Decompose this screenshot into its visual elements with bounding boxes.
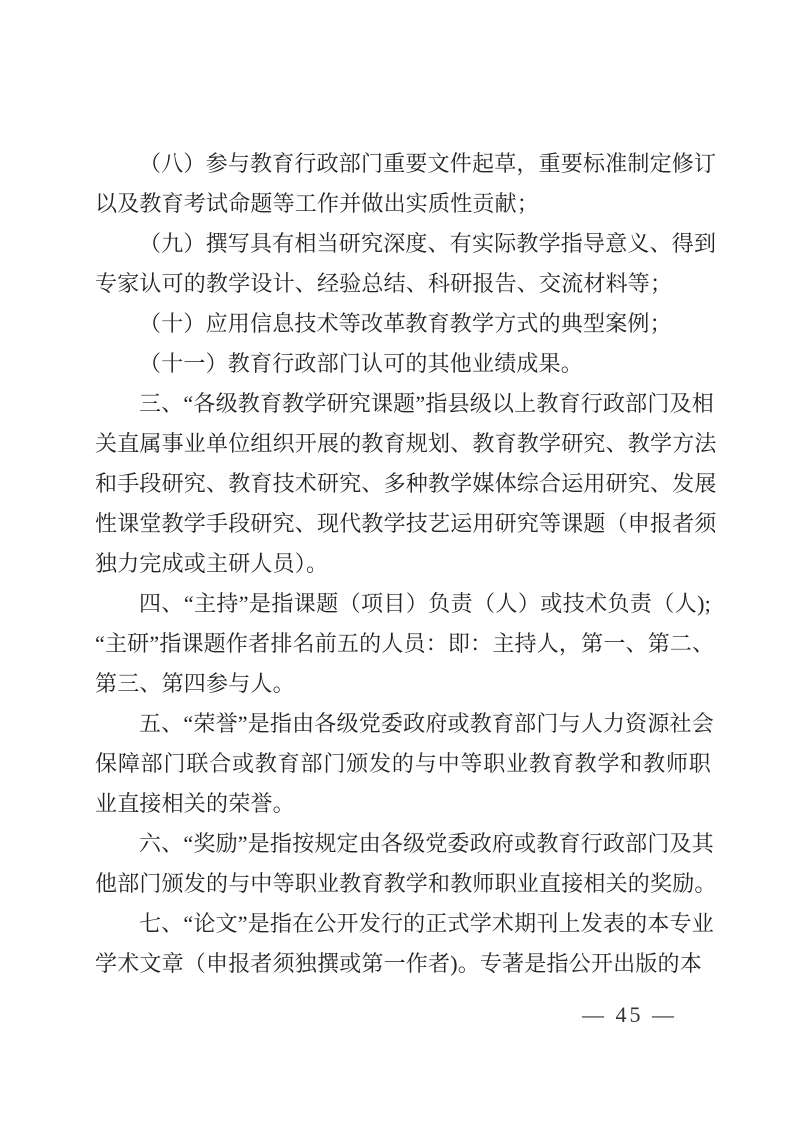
text-line: 学术文章（申报者须独撰或第一作者)。专著是指公开出版的本 [95, 944, 711, 984]
text-line: （十）应用信息技术等改革教育教学方式的典型案例； [95, 304, 711, 344]
text-line: 他部门颁发的与中等职业教育教学和教师职业直接相关的奖励。 [95, 864, 711, 904]
paragraph: 七、“论文”是指在公开发行的正式学术期刊上发表的本专业学术文章（申报者须独撰或第… [95, 904, 711, 984]
text-line: 关直属事业单位组织开展的教育规划、教育教学研究、教学方法 [95, 424, 711, 464]
paragraph: 三、“各级教育教学研究课题”指县级以上教育行政部门及相关直属事业单位组织开展的教… [95, 384, 711, 584]
paragraph: 四、“主持”是指课题（项目）负责（人）或技术负责（人);“主研”指课题作者排名前… [95, 584, 711, 704]
text-line: （九）撰写具有相当研究深度、有实际教学指导意义、得到 [95, 224, 711, 264]
text-line: 五、“荣誉”是指由各级党委政府或教育部门与人力资源社会 [95, 704, 711, 744]
text-line: 四、“主持”是指课题（项目）负责（人）或技术负责（人); [95, 584, 711, 624]
text-line: 性课堂教学手段研究、现代教学技艺运用研究等课题（申报者须 [95, 504, 711, 544]
paragraph: （九）撰写具有相当研究深度、有实际教学指导意义、得到专家认可的教学设计、经验总结… [95, 224, 711, 304]
document-body: （八）参与教育行政部门重要文件起草，重要标准制定修订以及教育考试命题等工作并做出… [95, 144, 711, 984]
paragraph: （十）应用信息技术等改革教育教学方式的典型案例； [95, 304, 711, 344]
text-line: 保障部门联合或教育部门颁发的与中等职业教育教学和教师职 [95, 744, 711, 784]
text-line: （十一）教育行政部门认可的其他业绩成果。 [95, 344, 711, 384]
text-line: （八）参与教育行政部门重要文件起草，重要标准制定修订 [95, 144, 711, 184]
text-line: 独力完成或主研人员）。 [95, 544, 711, 584]
text-line: 专家认可的教学设计、经验总结、科研报告、交流材料等； [95, 264, 711, 304]
text-line: 以及教育考试命题等工作并做出实质性贡献； [95, 184, 711, 224]
text-line: 和手段研究、教育技术研究、多种教学媒体综合运用研究、发展 [95, 464, 711, 504]
paragraph: （十一）教育行政部门认可的其他业绩成果。 [95, 344, 711, 384]
page-number: — 45 — [582, 1000, 677, 1030]
paragraph: 六、“奖励”是指按规定由各级党委政府或教育行政部门及其他部门颁发的与中等职业教育… [95, 824, 711, 904]
text-line: 七、“论文”是指在公开发行的正式学术期刊上发表的本专业 [95, 904, 711, 944]
paragraph: 五、“荣誉”是指由各级党委政府或教育部门与人力资源社会保障部门联合或教育部门颁发… [95, 704, 711, 824]
document-page: （八）参与教育行政部门重要文件起草，重要标准制定修订以及教育考试命题等工作并做出… [0, 0, 793, 1122]
text-line: “主研”指课题作者排名前五的人员：即：主持人，第一、第二、 [95, 624, 711, 664]
text-line: 业直接相关的荣誉。 [95, 784, 711, 824]
text-line: 第三、第四参与人。 [95, 664, 711, 704]
text-line: 六、“奖励”是指按规定由各级党委政府或教育行政部门及其 [95, 824, 711, 864]
paragraph: （八）参与教育行政部门重要文件起草，重要标准制定修订以及教育考试命题等工作并做出… [95, 144, 711, 224]
text-line: 三、“各级教育教学研究课题”指县级以上教育行政部门及相 [95, 384, 711, 424]
